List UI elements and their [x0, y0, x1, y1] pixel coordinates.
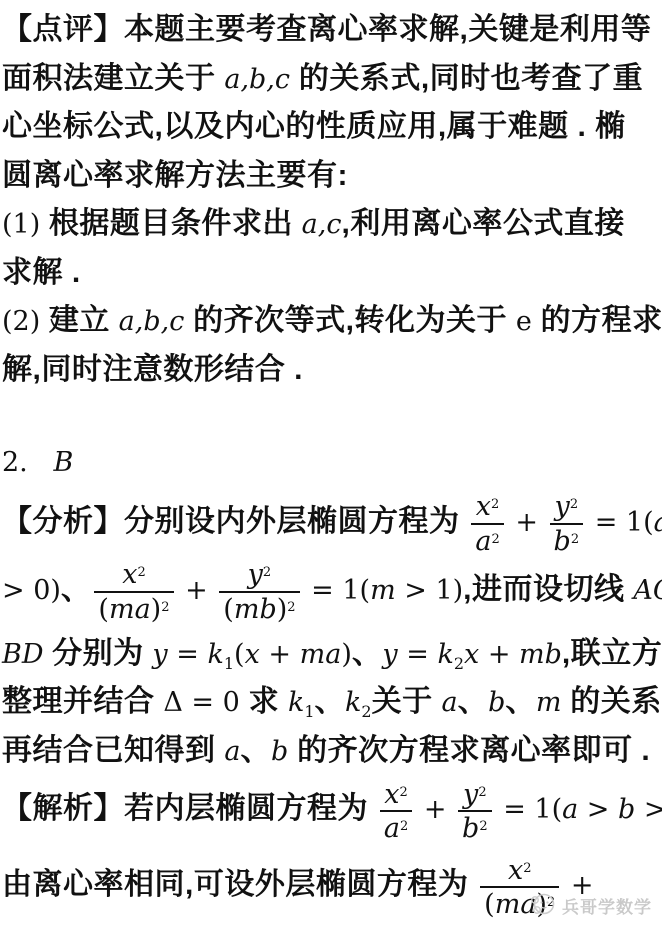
- text-run: ,联立方程组: [562, 637, 662, 670]
- text-run: > 0): [635, 794, 662, 825]
- text-run: 、: [352, 637, 383, 670]
- text-run: Δ = 0: [163, 687, 239, 718]
- doc-line-3: 心坐标公式,以及内心的性质应用,属于难题 . 椭: [2, 103, 660, 152]
- fraction-denominator: (mb)2: [219, 595, 299, 625]
- text-run: 整理并结合: [2, 685, 163, 718]
- text-run: +: [507, 507, 547, 538]
- fraction-numerator: y2: [551, 492, 583, 522]
- text-run: 、: [505, 685, 536, 718]
- text-run: 分别为: [52, 637, 152, 670]
- text-run: ): [277, 594, 288, 625]
- text-run: = 1(: [495, 794, 563, 825]
- text-run: 由离心率相同,可设外层椭圆方程为: [2, 868, 477, 901]
- text-run: e: [516, 306, 532, 337]
- doc-line-15: 【解析】若内层椭圆方程为 x2a2 + y2b2 = 1(a > b > 0),: [2, 775, 660, 843]
- fraction-denominator: a2: [471, 527, 503, 557]
- text-run: 的齐次方程求离心率即可 .: [288, 734, 650, 767]
- text-run: 2: [491, 532, 499, 547]
- fraction: y2b2: [550, 492, 584, 556]
- watermark-label: 兵哥学数学: [562, 893, 652, 918]
- text-run: > 1): [396, 575, 464, 606]
- text-run: 2: [400, 785, 408, 800]
- doc-line-8: 解,同时注意数形结合 .: [2, 346, 660, 395]
- text-run: 解,同时注意数形结合 .: [2, 353, 303, 386]
- fraction-bar: [219, 591, 299, 593]
- text-run: mb: [234, 594, 277, 625]
- text-run: 、: [240, 734, 271, 767]
- text-run: 的关系式,同时也考查了重: [290, 62, 643, 95]
- text-run: >: [578, 794, 618, 825]
- text-run: m: [536, 687, 562, 718]
- text-run: (2): [2, 306, 49, 337]
- doc-line-4: 圆离心率求解方法主要有:: [2, 152, 660, 201]
- text-run: (: [223, 594, 234, 625]
- text-run: B: [54, 447, 74, 478]
- text-run: y: [152, 639, 167, 670]
- fraction-bar: [94, 591, 173, 593]
- text-run: 2: [400, 819, 408, 834]
- text-run: k: [345, 687, 361, 718]
- text-run: a: [562, 794, 578, 825]
- text-run: x: [122, 559, 137, 590]
- text-run: = 1(: [586, 507, 654, 538]
- text-run: 1: [224, 654, 234, 673]
- text-run: b: [488, 687, 505, 718]
- text-run: b: [618, 794, 635, 825]
- text-run: ,利用离心率公式直接: [341, 207, 624, 240]
- text-run: a,b,c: [119, 306, 185, 337]
- doc-line-10: 【分析】分别设内外层椭圆方程为 x2a2 + y2b2 = 1(a > b: [2, 488, 660, 556]
- text-run: ,进而设切线: [463, 573, 633, 606]
- text-run: y: [463, 779, 478, 810]
- text-run: = 1(: [303, 575, 371, 606]
- doc-line-1: 【点评】本题主要考查离心率求解,关键是利用等: [2, 6, 660, 55]
- text-run: ): [341, 639, 352, 670]
- fraction: x2(ma)2: [94, 560, 173, 624]
- text-run: 求: [240, 685, 288, 718]
- fraction: y2(mb)2: [219, 560, 299, 624]
- text-run: x: [464, 639, 479, 670]
- text-run: 2: [263, 565, 271, 580]
- text-run: 2: [137, 565, 145, 580]
- text-run: k: [207, 639, 223, 670]
- text-run: y: [248, 559, 263, 590]
- text-run: k: [437, 639, 453, 670]
- fraction-bar: [480, 886, 559, 888]
- fraction-denominator: b2: [458, 814, 492, 844]
- doc-line-13: 整理并结合 Δ = 0 求 k1、k2关于 a、b、m 的关系式,: [2, 678, 660, 727]
- text-run: a,c: [302, 209, 342, 240]
- text-run: a: [441, 687, 457, 718]
- text-run: 、: [315, 685, 346, 718]
- fraction-numerator: x2: [118, 560, 150, 590]
- text-run: (1): [2, 209, 49, 240]
- text-run: 2: [570, 497, 578, 512]
- text-run: 根据题目条件求出: [49, 207, 302, 240]
- text-run: 、: [458, 685, 489, 718]
- text-run: 【解析】若内层椭圆方程为: [2, 792, 377, 825]
- text-run: x: [508, 855, 523, 886]
- text-run: 2: [454, 654, 464, 673]
- text-run: 2: [479, 819, 487, 834]
- fraction-numerator: x2: [380, 780, 412, 810]
- fraction-denominator: b2: [550, 527, 584, 557]
- text-run: a: [475, 526, 491, 557]
- fraction-numerator: x2: [472, 492, 504, 522]
- fraction-bar: [471, 523, 503, 525]
- fraction-bar: [458, 810, 492, 812]
- text-run: ma: [109, 594, 151, 625]
- text-run: 关于: [372, 685, 442, 718]
- text-run: 2: [161, 600, 169, 615]
- text-run: mb: [519, 639, 562, 670]
- text-run: 2: [491, 497, 499, 512]
- text-run: +: [260, 639, 300, 670]
- text-run: b: [554, 526, 571, 557]
- fraction: x2a2: [380, 780, 412, 844]
- text-run: +: [177, 575, 217, 606]
- text-run: (: [234, 639, 245, 670]
- text-run: b: [462, 813, 479, 844]
- text-run: 2.: [2, 447, 54, 478]
- text-run: ma: [300, 639, 342, 670]
- text-run: (: [98, 594, 109, 625]
- text-run: +: [479, 639, 519, 670]
- text-run: (: [484, 889, 495, 920]
- doc-line-5: (1) 根据题目条件求出 a,c,利用离心率公式直接: [2, 200, 660, 249]
- fraction-denominator: a2: [380, 814, 412, 844]
- text-run: b: [271, 736, 288, 767]
- text-run: > 0): [2, 575, 61, 606]
- text-run: 2: [287, 600, 295, 615]
- text-run: x: [476, 491, 491, 522]
- doc-line-2: 面积法建立关于 a,b,c 的关系式,同时也考查了重: [2, 55, 660, 104]
- fraction: y2b2: [458, 780, 492, 844]
- text-run: a: [384, 813, 400, 844]
- document-body: 【点评】本题主要考查离心率求解,关键是利用等面积法建立关于 a,b,c 的关系式…: [0, 0, 662, 932]
- mascot-face-icon: [528, 890, 558, 920]
- text-run: m: [370, 575, 396, 606]
- text-run: a: [654, 507, 662, 538]
- fraction: x2a2: [471, 492, 503, 556]
- text-run: 再结合已知得到: [2, 734, 224, 767]
- doc-line-7: (2) 建立 a,b,c 的齐次等式,转化为关于 e 的方程求: [2, 297, 660, 346]
- watermark: 兵哥学数学: [528, 890, 652, 920]
- text-run: 求解 .: [2, 256, 81, 289]
- fraction-numerator: y2: [244, 560, 276, 590]
- text-run: x: [245, 639, 260, 670]
- text-run: +: [415, 794, 455, 825]
- text-run: 圆离心率求解方法主要有:: [2, 159, 348, 192]
- text-run: AC: [633, 575, 662, 606]
- text-run: =: [398, 639, 438, 670]
- doc-line-12: BD 分别为 y = k1(x + ma)、y = k2x + mb,联立方程组: [2, 630, 660, 679]
- text-run: x: [384, 779, 399, 810]
- doc-line-11: > 0)、x2(ma)2 + y2(mb)2 = 1(m > 1),进而设切线 …: [2, 556, 660, 624]
- fraction-denominator: (ma)2: [94, 595, 173, 625]
- text-run: BD: [2, 639, 52, 670]
- text-run: 的齐次等式,转化为关于: [184, 304, 516, 337]
- text-run: 建立: [49, 304, 119, 337]
- text-run: y: [555, 491, 570, 522]
- fraction-numerator: y2: [459, 780, 491, 810]
- doc-line-9: 2. B: [2, 439, 660, 488]
- fraction-numerator: x2: [504, 856, 536, 886]
- fraction-bar: [550, 523, 584, 525]
- text-run: 的关系式,: [561, 685, 662, 718]
- doc-line-14: 再结合已知得到 a、b 的齐次方程求离心率即可 .: [2, 727, 660, 776]
- text-run: 心坐标公式,以及内心的性质应用,属于难题 . 椭: [2, 110, 626, 143]
- text-run: 、: [61, 573, 92, 606]
- text-run: k: [288, 687, 304, 718]
- text-run: 2: [571, 532, 579, 547]
- text-run: y: [382, 639, 397, 670]
- text-run: 2: [523, 861, 531, 876]
- text-run: =: [168, 639, 208, 670]
- text-run: 面积法建立关于: [2, 62, 224, 95]
- text-run: a: [224, 736, 240, 767]
- doc-line-6: 求解 .: [2, 249, 660, 298]
- text-run: 的方程求: [532, 304, 662, 337]
- text-run: ): [151, 594, 162, 625]
- text-run: 【点评】本题主要考查离心率求解,关键是利用等: [2, 13, 651, 46]
- text-run: 1: [304, 702, 314, 721]
- fraction-bar: [380, 810, 412, 812]
- text-run: 2: [361, 702, 371, 721]
- text-run: a,b,c: [224, 64, 290, 95]
- text-run: 2: [478, 785, 486, 800]
- text-run: 【分析】分别设内外层椭圆方程为: [2, 505, 468, 538]
